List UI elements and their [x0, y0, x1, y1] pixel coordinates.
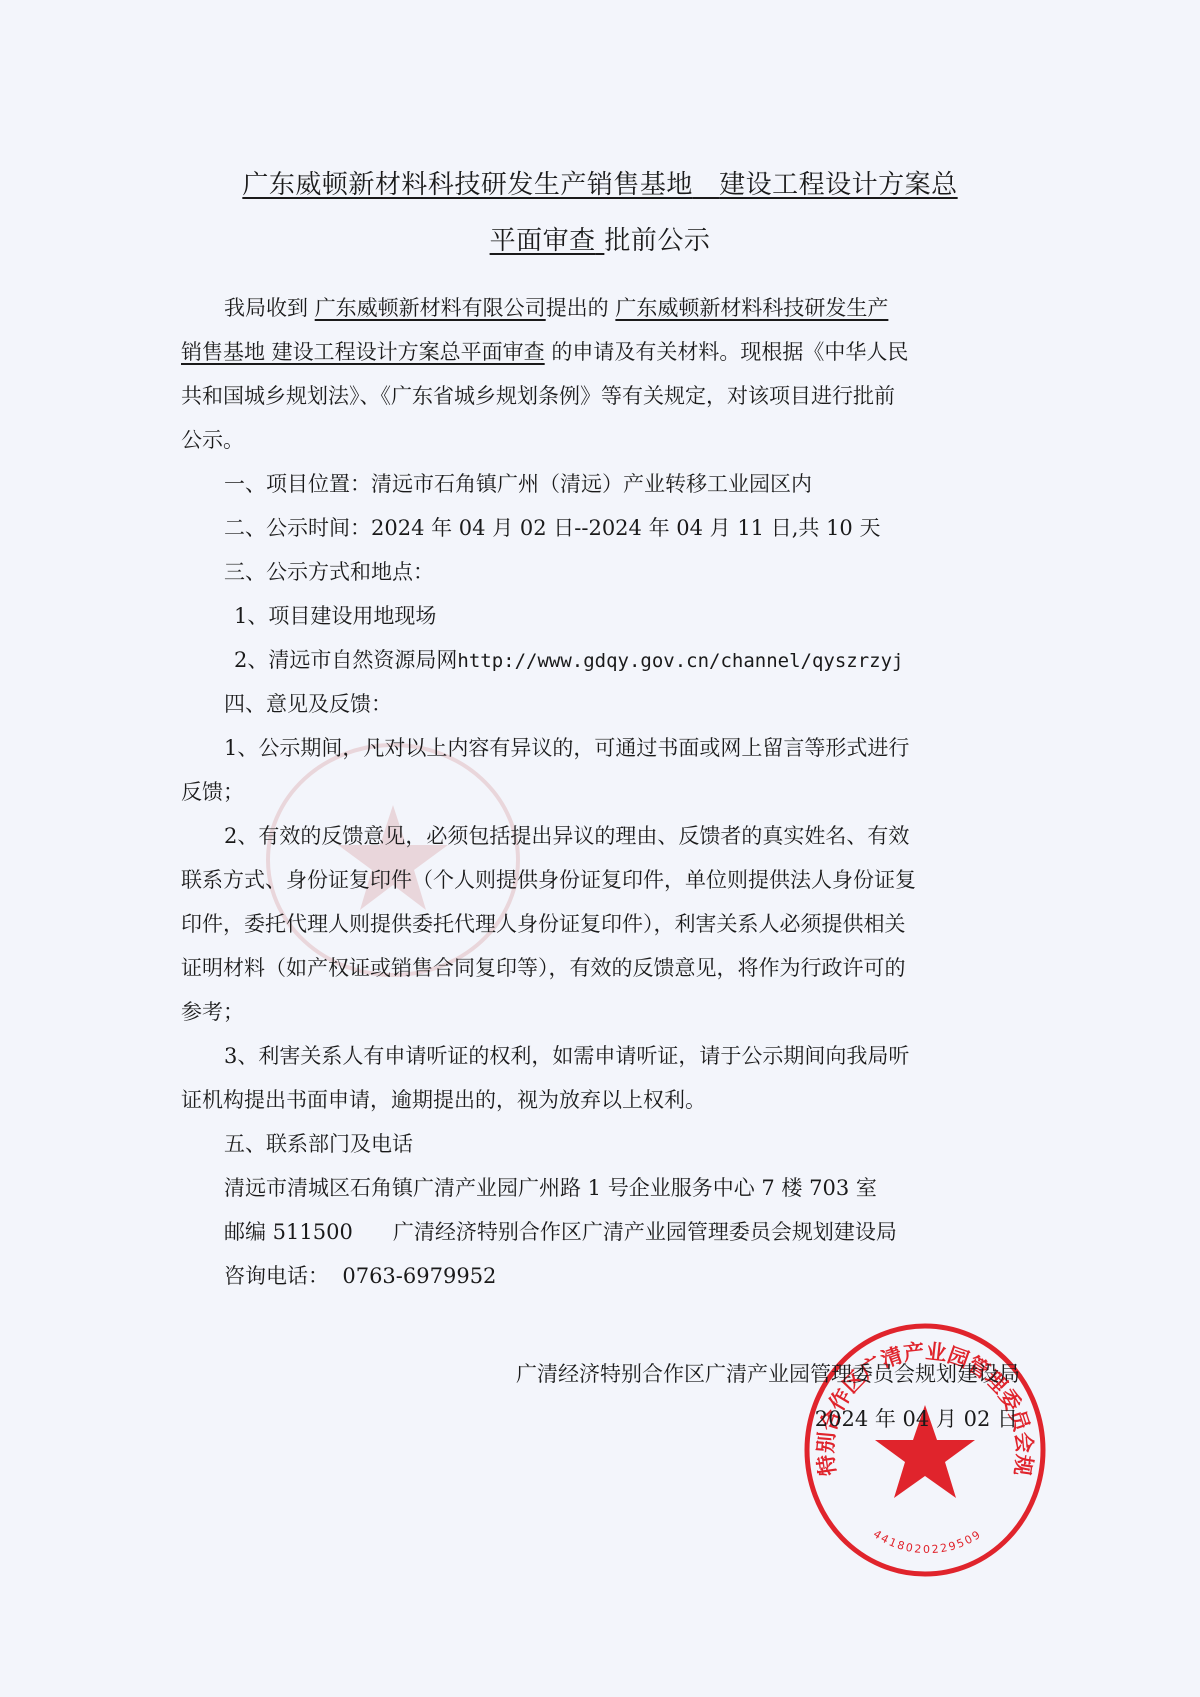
- intro-line-1: 我局收到 广东威顿新材料有限公司提出的 广东威顿新材料科技研发生产: [224, 294, 1054, 322]
- contact-postcode-dept: 邮编 511500 广清经济特别合作区广清产业园管理委员会规划建设局: [224, 1218, 1054, 1246]
- website-url[interactable]: http://www.gdqy.gov.cn/channel/qyszrzyj: [457, 650, 903, 672]
- publicity-method-item-2: 2、清远市自然资源局网http://www.gdqy.gov.cn/channe…: [234, 646, 1064, 675]
- intro-line-3: 共和国城乡规划法》、《广东省城乡规划条例》等有关规定，对该项目进行批前: [181, 382, 1011, 410]
- section-feedback-heading: 四、意见及反馈：: [224, 690, 1054, 718]
- feedback-item-3-line-1: 3、利害关系人有申请听证的权利，如需申请听证，请于公示期间向我局听: [224, 1042, 1054, 1070]
- contact-phone: 咨询电话： 0763-6979952: [224, 1262, 1054, 1290]
- feedback-item-1-line-2: 反馈；: [181, 778, 1011, 806]
- signature-organization: 广清经济特别合作区广清产业园管理委员会规划建设局: [180, 1360, 1020, 1388]
- applicant-name: 广东威顿新材料有限公司: [315, 296, 546, 320]
- intro-text: 的申请及有关材料。现根据《中华人民: [551, 340, 908, 364]
- official-seal-stamp: 广清经济特别合作区广清产业园管理委员会规划建设局 4418020229509: [800, 1320, 1050, 1580]
- project-name-cont: 销售基地 建设工程设计方案总平面审查: [181, 340, 545, 364]
- section-contact-heading: 五、联系部门及电话: [224, 1130, 1054, 1158]
- intro-line-4: 公示。: [181, 426, 1011, 454]
- signature-date: 2024 年 04 月 02 日: [180, 1405, 1018, 1433]
- project-name: 广东威顿新材料科技研发生产: [615, 296, 888, 320]
- intro-text: 提出的: [546, 296, 609, 320]
- document-page: 广东威顿新材料科技研发生产销售基地 建设工程设计方案总 平面审查 批前公示 我局…: [0, 0, 1200, 1697]
- feedback-item-2-line-3: 印件，委托代理人则提供委托代理人身份证复印件），利害关系人必须提供相关: [181, 910, 1011, 938]
- feedback-item-2-line-2: 联系方式、身份证复印件（个人则提供身份证复印件，单位则提供法人身份证复: [181, 866, 1011, 894]
- document-title-line-1: 广东威顿新材料科技研发生产销售基地 建设工程设计方案总: [0, 170, 1200, 200]
- feedback-item-2-line-1: 2、有效的反馈意见，必须包括提出异议的理由、反馈者的真实姓名、有效: [224, 822, 1054, 850]
- title-suffix: 批前公示: [604, 226, 710, 256]
- feedback-item-2-line-4: 证明材料（如产权证或销售合同复印等），有效的反馈意见，将作为行政许可的: [181, 954, 1011, 982]
- intro-text: 我局收到: [224, 296, 308, 320]
- website-label: 2、清远市自然资源局网: [234, 648, 457, 672]
- feedback-item-3-line-2: 证机构提出书面申请，逾期提出的，视为放弃以上权利。: [181, 1086, 1011, 1114]
- section-publicity-method-heading: 三、公示方式和地点：: [224, 558, 1054, 586]
- title-review-type-cont: 平面审查: [490, 226, 596, 256]
- feedback-item-1-line-1: 1、公示期间，凡对以上内容有异议的，可通过书面或网上留言等形式进行: [224, 734, 1054, 762]
- document-title-line-2: 平面审查 批前公示: [0, 226, 1200, 256]
- feedback-item-2-line-5: 参考；: [181, 998, 1011, 1026]
- title-review-type: 建设工程设计方案总: [719, 170, 958, 200]
- faded-seal-stamp: [258, 735, 528, 985]
- publicity-method-item-1: 1、项目建设用地现场: [234, 602, 1064, 630]
- section-publicity-period: 二、公示时间：2024 年 04 月 02 日--2024 年 04 月 11 …: [224, 514, 1054, 542]
- intro-line-2: 销售基地 建设工程设计方案总平面审查 的申请及有关材料。现根据《中华人民: [181, 338, 1011, 366]
- section-project-location: 一、项目位置：清远市石角镇广州（清远）产业转移工业园区内: [224, 470, 1054, 498]
- contact-address: 清远市清城区石角镇广清产业园广州路 1 号企业服务中心 7 楼 703 室: [224, 1174, 1054, 1202]
- title-project-name: 广东威顿新材料科技研发生产销售基地: [242, 170, 693, 200]
- svg-text:4418020229509: 4418020229509: [871, 1527, 984, 1556]
